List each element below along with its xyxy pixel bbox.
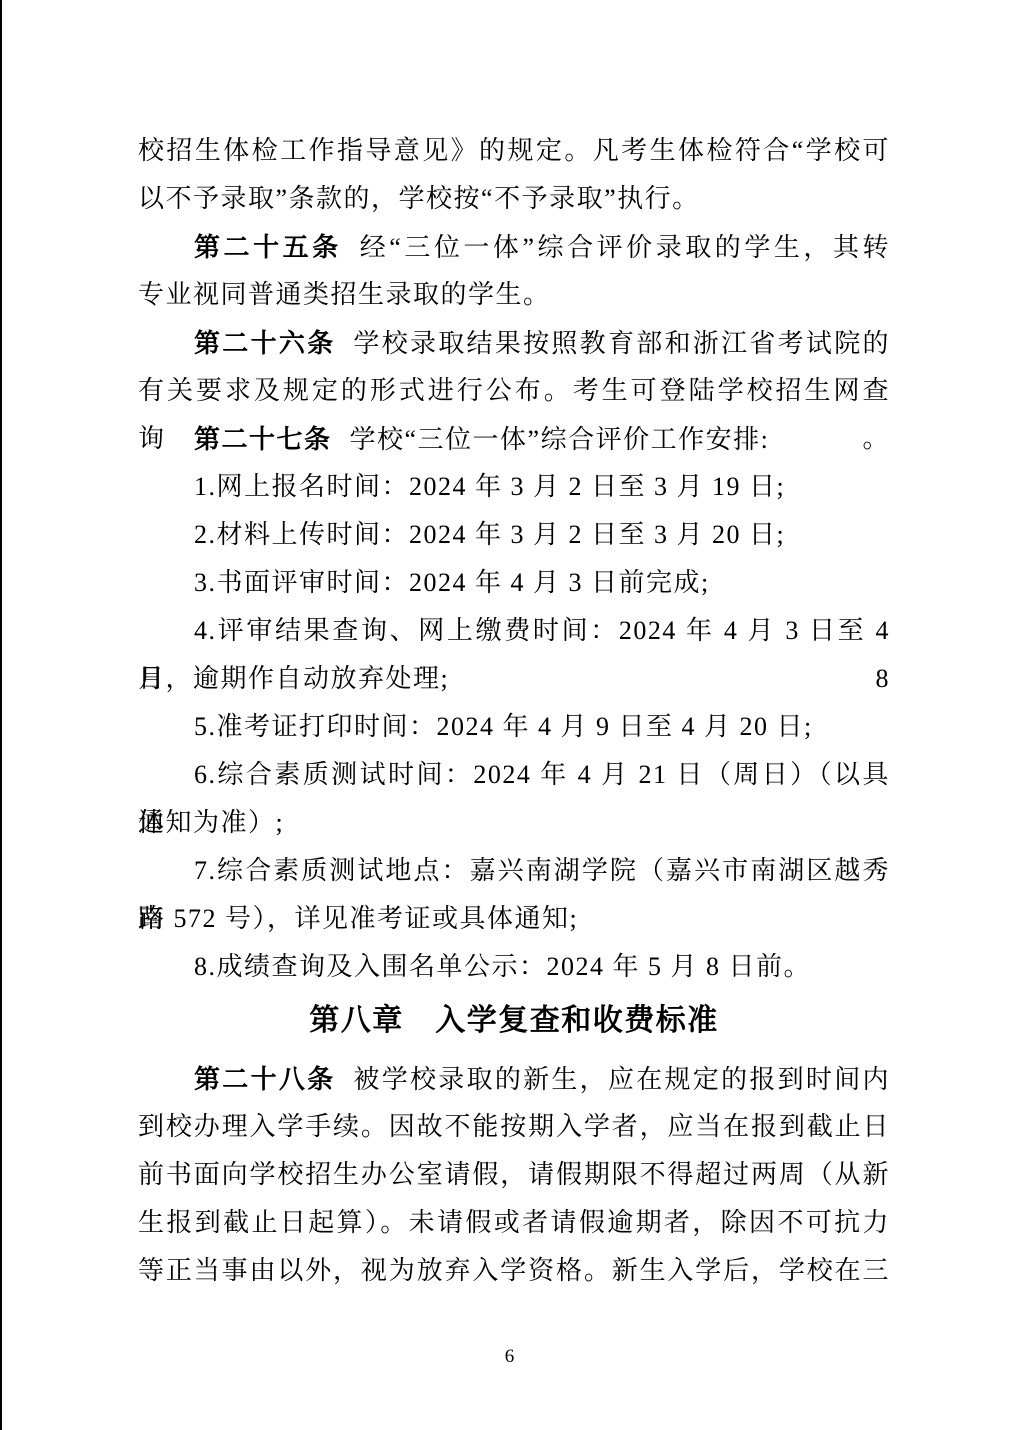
- document-line: 4.评审结果查询、网上缴费时间：2024 年 4 月 3 日至 4 月 8: [138, 607, 890, 655]
- page-content: 校招生体检工作指导意见》的规定。凡考生体检符合“学校可以不予录取”条款的，学校按…: [138, 127, 890, 1295]
- document-line: 7.综合素质测试地点：嘉兴南湖学院（嘉兴市南湖区越秀南: [138, 847, 890, 895]
- document-page: 校招生体检工作指导意见》的规定。凡考生体检符合“学校可以不予录取”条款的，学校按…: [0, 0, 1017, 1430]
- document-line: 6.综合素质测试时间：2024 年 4 月 21 日（周日）（以具体: [138, 751, 890, 799]
- document-line: 通知为准）;: [138, 799, 890, 847]
- article-number: 第二十八条: [194, 1064, 335, 1094]
- chapter-heading: 第八章 入学复查和收费标准: [138, 997, 890, 1045]
- line-text: 学校“三位一体”综合评价工作安排:: [350, 425, 770, 454]
- line-text: 学校录取结果按照教育部和浙江省考试院的: [353, 329, 890, 358]
- document-line: 5.准考证打印时间：2024 年 4 月 9 日至 4 月 20 日;: [138, 703, 890, 751]
- document-line: 3.书面评审时间：2024 年 4 月 3 日前完成;: [138, 559, 890, 607]
- line-text: 被学校录取的新生，应在规定的报到时间内: [353, 1065, 890, 1094]
- line-text: 8.成绩查询及入围名单公示：2024 年 5 月 8 日前。: [194, 952, 811, 981]
- document-line: 1.网上报名时间：2024 年 3 月 2 日至 3 月 19 日;: [138, 463, 890, 511]
- line-text: 路 572 号），详见准考证或具体通知;: [138, 904, 578, 933]
- line-text: 5.准考证打印时间：2024 年 4 月 9 日至 4 月 20 日;: [194, 712, 813, 741]
- document-line: 前书面向学校招生办公室请假，请假期限不得超过两周（从新: [138, 1151, 890, 1199]
- document-line: 专业视同普通类招生录取的学生。: [138, 271, 890, 319]
- article-number: 第二十五条: [194, 232, 342, 262]
- document-line: 第二十八条被学校录取的新生，应在规定的报到时间内: [138, 1055, 890, 1103]
- line-text: 1.网上报名时间：2024 年 3 月 2 日至 3 月 19 日;: [194, 472, 785, 501]
- line-text: 通知为准）;: [138, 808, 284, 837]
- line-text: 校招生体检工作指导意见》的规定。凡考生体检符合“学校可: [138, 136, 890, 165]
- line-text: 到校办理入学手续。因故不能按期入学者，应当在报到截止日: [138, 1112, 890, 1141]
- article-number: 第二十六条: [194, 328, 335, 358]
- article-number: 第二十七条: [194, 424, 332, 454]
- line-text: 日，逾期作自动放弃处理;: [138, 664, 449, 693]
- document-line: 有关要求及规定的形式进行公布。考生可登陆学校招生网查询。: [138, 367, 890, 415]
- line-text: 第八章 入学复查和收费标准: [309, 1004, 719, 1037]
- line-text: 专业视同普通类招生录取的学生。: [138, 280, 551, 309]
- line-text: 生报到截止日起算）。未请假或者请假逾期者，除因不可抗力: [138, 1208, 890, 1237]
- line-text: 2.材料上传时间：2024 年 3 月 2 日至 3 月 20 日;: [194, 520, 785, 549]
- document-line: 8.成绩查询及入围名单公示：2024 年 5 月 8 日前。: [138, 943, 890, 991]
- document-line: 第二十五条经“三位一体”综合评价录取的学生，其转: [138, 223, 890, 271]
- line-text: 经“三位一体”综合评价录取的学生，其转: [360, 233, 890, 262]
- document-line: 生报到截止日起算）。未请假或者请假逾期者，除因不可抗力: [138, 1199, 890, 1247]
- document-line: 以不予录取”条款的，学校按“不予录取”执行。: [138, 175, 890, 223]
- document-line: 第二十六条学校录取结果按照教育部和浙江省考试院的: [138, 319, 890, 367]
- document-line: 校招生体检工作指导意见》的规定。凡考生体检符合“学校可: [138, 127, 890, 175]
- document-line: 到校办理入学手续。因故不能按期入学者，应当在报到截止日: [138, 1103, 890, 1151]
- line-text: 3.书面评审时间：2024 年 4 月 3 日前完成;: [194, 568, 710, 597]
- document-line: 路 572 号），详见准考证或具体通知;: [138, 895, 890, 943]
- document-line: 2.材料上传时间：2024 年 3 月 2 日至 3 月 20 日;: [138, 511, 890, 559]
- line-text: 等正当事由以外，视为放弃入学资格。新生入学后，学校在三: [138, 1256, 890, 1285]
- line-text: 前书面向学校招生办公室请假，请假期限不得超过两周（从新: [138, 1160, 890, 1189]
- page-number: 6: [2, 1346, 1017, 1368]
- document-line: 等正当事由以外，视为放弃入学资格。新生入学后，学校在三: [138, 1247, 890, 1295]
- line-text: 以不予录取”条款的，学校按“不予录取”执行。: [138, 184, 700, 213]
